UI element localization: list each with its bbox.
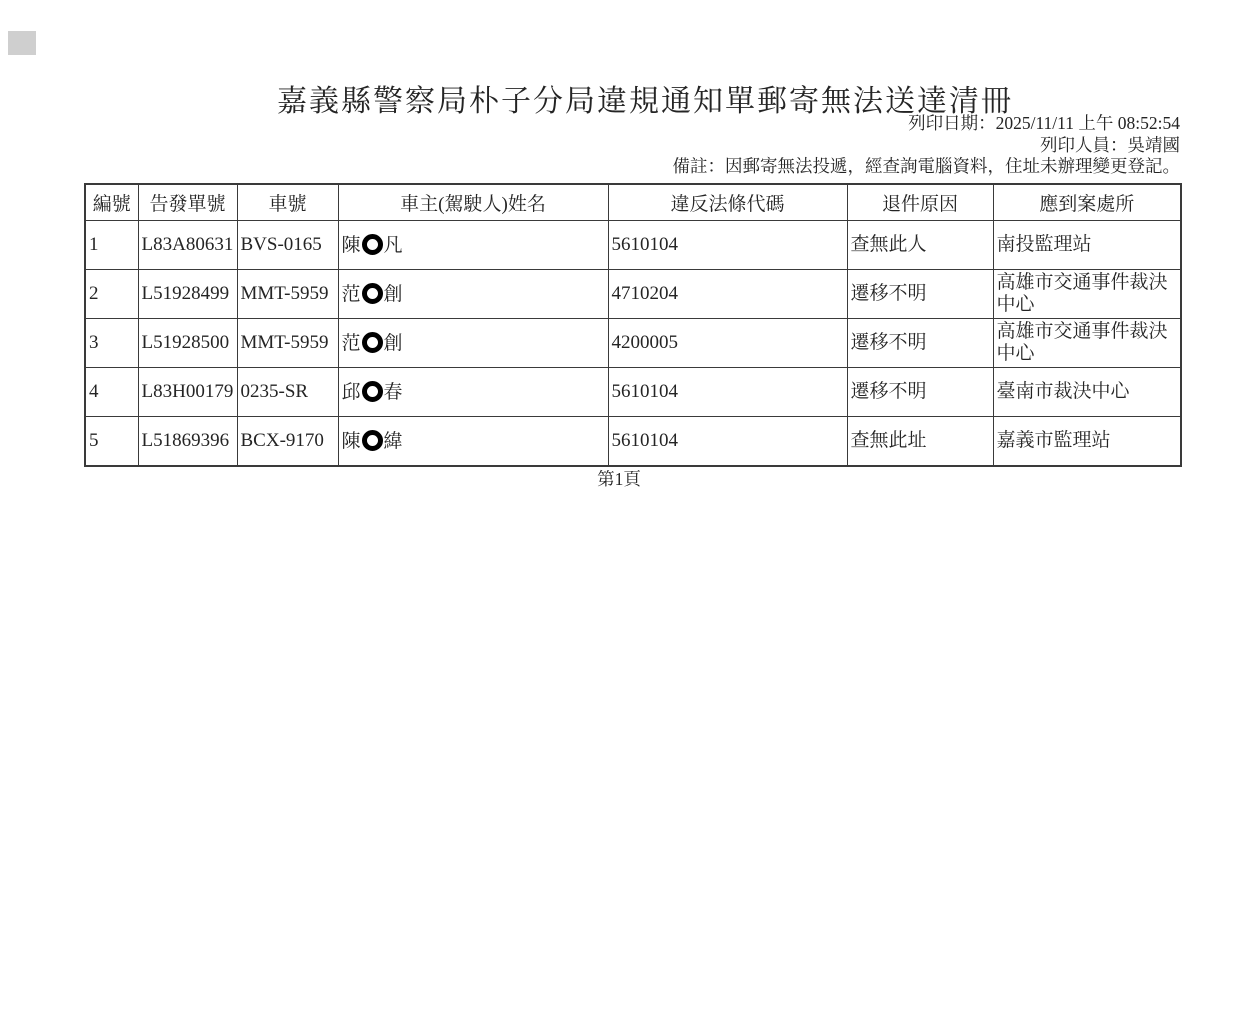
cell-owner-name: 范創 [338,270,608,319]
redaction-circle-icon [362,234,383,255]
cell-serial-no: 2 [85,270,138,319]
scanned-report-page: 嘉義縣警察局朴子分局違規通知單郵寄無法送達清冊 列印日期：2025/11/11 … [0,0,1238,1023]
print-operator-line: 列印人員：吳靖國 [673,135,1181,157]
cell-ticket-no: L83A80631 [138,221,237,270]
print-meta-block: 列印日期：2025/11/11 上午 08:52:54 列印人員：吳靖國 備註：… [673,113,1181,178]
owner-given-name: 凡 [384,235,403,256]
cell-report-office: 高雄市交通事件裁決中心 [993,319,1181,368]
cell-owner-name: 范創 [338,319,608,368]
cell-ticket-no: L51928500 [138,319,237,368]
header-violation-code: 違反法條代碼 [608,184,847,221]
page-number: 第1頁 [0,466,1238,491]
owner-given-name: 春 [384,382,403,403]
cell-serial-no: 3 [85,319,138,368]
cell-violation-code: 4200005 [608,319,847,368]
cell-ticket-no: L51928499 [138,270,237,319]
undeliverable-notices-table: 編號 告發單號 車號 車主(駕駛人)姓名 違反法條代碼 退件原因 應到案處所 1… [84,183,1182,467]
owner-surname: 范 [342,284,361,305]
note-line: 備註：因郵寄無法投遞，經查詢電腦資料，住址未辦理變更登記。 [673,156,1181,178]
redaction-circle-icon [362,430,383,451]
cell-plate-no: MMT-5959 [237,319,338,368]
cell-plate-no: BCX-9170 [237,417,338,467]
owner-given-name: 創 [384,333,403,354]
owner-surname: 陳 [342,431,361,452]
cell-plate-no: BVS-0165 [237,221,338,270]
cell-return-reason: 查無此址 [847,417,993,467]
cell-plate-no: 0235-SR [237,368,338,417]
cell-owner-name: 陳凡 [338,221,608,270]
cell-return-reason: 遷移不明 [847,368,993,417]
scan-artifact [8,31,36,55]
cell-plate-no: MMT-5959 [237,270,338,319]
cell-violation-code: 4710204 [608,270,847,319]
cell-violation-code: 5610104 [608,221,847,270]
header-report-office: 應到案處所 [993,184,1181,221]
cell-violation-code: 5610104 [608,368,847,417]
cell-report-office: 高雄市交通事件裁決中心 [993,270,1181,319]
owner-surname: 范 [342,333,361,354]
owner-given-name: 緯 [384,431,403,452]
table-row: 1L83A80631BVS-0165陳凡5610104查無此人南投監理站 [85,221,1181,270]
cell-ticket-no: L83H00179 [138,368,237,417]
cell-return-reason: 遷移不明 [847,319,993,368]
cell-ticket-no: L51869396 [138,417,237,467]
cell-violation-code: 5610104 [608,417,847,467]
header-owner-name: 車主(駕駛人)姓名 [338,184,608,221]
cell-serial-no: 4 [85,368,138,417]
owner-surname: 邱 [342,382,361,403]
table-header-row: 編號 告發單號 車號 車主(駕駛人)姓名 違反法條代碼 退件原因 應到案處所 [85,184,1181,221]
owner-given-name: 創 [384,284,403,305]
redaction-circle-icon [362,332,383,353]
table-row: 2L51928499MMT-5959范創4710204遷移不明高雄市交通事件裁決… [85,270,1181,319]
owner-surname: 陳 [342,235,361,256]
cell-owner-name: 陳緯 [338,417,608,467]
cell-report-office: 嘉義市監理站 [993,417,1181,467]
redaction-circle-icon [362,283,383,304]
cell-return-reason: 遷移不明 [847,270,993,319]
header-plate-no: 車號 [237,184,338,221]
print-date-line: 列印日期：2025/11/11 上午 08:52:54 [673,113,1181,135]
cell-serial-no: 5 [85,417,138,467]
header-return-reason: 退件原因 [847,184,993,221]
cell-return-reason: 查無此人 [847,221,993,270]
table-row: 4L83H001790235-SR邱春5610104遷移不明臺南市裁決中心 [85,368,1181,417]
header-serial-no: 編號 [85,184,138,221]
cell-report-office: 南投監理站 [993,221,1181,270]
cell-owner-name: 邱春 [338,368,608,417]
cell-serial-no: 1 [85,221,138,270]
redaction-circle-icon [362,381,383,402]
table-row: 5L51869396BCX-9170陳緯5610104查無此址嘉義市監理站 [85,417,1181,467]
cell-report-office: 臺南市裁決中心 [993,368,1181,417]
header-ticket-no: 告發單號 [138,184,237,221]
table-row: 3L51928500MMT-5959范創4200005遷移不明高雄市交通事件裁決… [85,319,1181,368]
